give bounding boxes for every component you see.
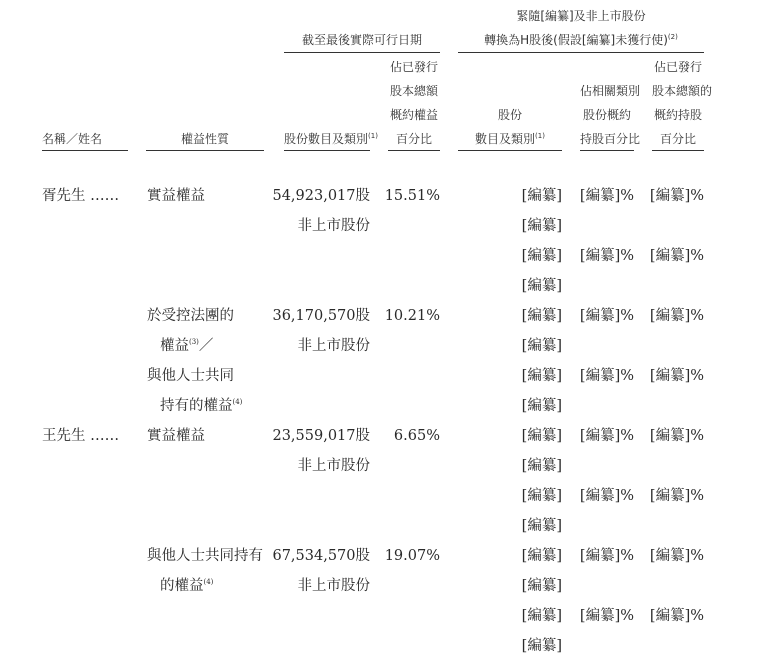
redacted-share-class: [編纂] [482,631,562,661]
col-underline-name [42,150,128,151]
row-nature: 於受控法團的 [147,301,234,331]
row-shares: 36,170,570股 [270,301,370,331]
group-header-post-conversion-2: 轉換為H股後(假設[編纂]未獲行使)(2) [458,28,704,52]
redacted-share-class: [編纂] [482,571,562,601]
col-underline-class-pct [580,150,634,151]
row-pct: 10.21% [380,301,440,331]
col-header-line: 百分比 [388,127,440,151]
row-nature: 實益權益 [147,181,205,211]
row-shares: 54,923,017股 [270,181,370,211]
redacted-total-pct: [編纂]% [630,361,704,391]
redacted-share-class: [編纂] [482,451,562,481]
col-header-line: 股本總額的 [652,79,704,103]
redacted-class-pct: [編纂]% [560,361,634,391]
row-pct: 6.65% [380,421,440,451]
redacted-share-class: [編纂] [482,511,562,541]
col-header-line: 數目及類別(1) [458,127,562,151]
redacted-class-pct: [編纂]% [560,241,634,271]
col-header-line: 佔相關類別 [580,79,634,103]
redacted-shares: [編纂] [482,421,562,451]
redacted-class-pct: [編纂]% [560,421,634,451]
col-header-total-pct: 佔已發行 股本總額的 概約持股 百分比 [652,55,704,151]
redacted-total-pct: [編纂]% [630,541,704,571]
redacted-total-pct: [編纂]% [630,181,704,211]
col-header-post-shares: 股份 數目及類別(1) [458,103,562,151]
redacted-class-pct: [編纂]% [560,541,634,571]
group-underline-1 [284,52,440,53]
redacted-share-class: [編纂] [482,211,562,241]
redacted-total-pct: [編纂]% [630,421,704,451]
row-share-class: 非上市股份 [270,571,370,601]
col-underline-total-pct [652,150,704,151]
col-header-shares: 股份數目及類別(1) [284,127,370,151]
col-underline-pct [388,150,440,151]
row-nature: 實益權益 [147,421,205,451]
footnote-ref: (2) [668,33,678,41]
redacted-shares: [編纂] [482,601,562,631]
row-name: 王先生 …… [42,421,119,451]
col-header-line: 佔已發行 [388,55,440,79]
col-header-line: 概約持股 [652,103,704,127]
col-header-line: 股份 [458,103,562,127]
row-pct: 19.07% [380,541,440,571]
redacted-total-pct: [編纂]% [630,301,704,331]
redacted-class-pct: [編纂]% [560,181,634,211]
redacted-total-pct: [編纂]% [630,481,704,511]
redacted-class-pct: [編纂]% [560,301,634,331]
group-underline-2 [458,52,704,53]
row-nature: 與他人士共同持有 [147,541,263,571]
col-header-name: 名稱／姓名 [42,127,128,151]
group-header-post-conversion-1: 緊隨[編纂]及非上市股份 [458,4,704,28]
redacted-shares: [編纂] [482,361,562,391]
redacted-shares: [編纂] [482,241,562,271]
row-shares: 67,534,570股 [270,541,370,571]
footnote-ref: (1) [368,132,378,140]
col-header-class-pct: 佔相關類別 股份概約 持股百分比 [580,79,634,151]
redacted-shares: [編纂] [482,541,562,571]
col-header-line: 持股百分比 [580,127,634,151]
col-underline-post-shares [458,150,562,151]
redacted-share-class: [編纂] [482,271,562,301]
col-header-nature: 權益性質 [146,127,264,151]
row-nature: 權益(3)／ [160,331,213,361]
col-header-line: 百分比 [652,127,704,151]
col-header-line: 佔已發行 [652,55,704,79]
redacted-share-class: [編纂] [482,391,562,421]
col-header-line: 股份概約 [580,103,634,127]
redacted-total-pct: [編纂]% [630,241,704,271]
redacted-shares: [編纂] [482,481,562,511]
row-shares: 23,559,017股 [270,421,370,451]
row-share-class: 非上市股份 [270,211,370,241]
row-nature: 的權益(4) [160,571,213,601]
group-header-text: 轉換為H股後(假設[編纂]未獲行使) [484,33,668,47]
row-share-class: 非上市股份 [270,331,370,361]
redacted-shares: [編纂] [482,181,562,211]
col-header-text: 股份數目及類別 [284,132,368,146]
redacted-class-pct: [編纂]% [560,481,634,511]
redacted-total-pct: [編纂]% [630,601,704,631]
row-pct: 15.51% [380,181,440,211]
row-nature: 與他人士共同 [147,361,234,391]
row-name: 胥先生 …… [42,181,119,211]
row-share-class: 非上市股份 [270,451,370,481]
row-nature: 持有的權益(4) [160,391,242,421]
col-header-line: 概約權益 [388,103,440,127]
redacted-share-class: [編纂] [482,331,562,361]
redacted-shares: [編纂] [482,301,562,331]
col-header-line: 股本總額 [388,79,440,103]
redacted-class-pct: [編纂]% [560,601,634,631]
col-header-pct: 佔已發行 股本總額 概約權益 百分比 [388,55,440,151]
col-underline-nature [146,150,264,151]
group-header-latest-date: 截至最後實際可行日期 [284,28,440,52]
col-underline-shares [284,150,370,151]
